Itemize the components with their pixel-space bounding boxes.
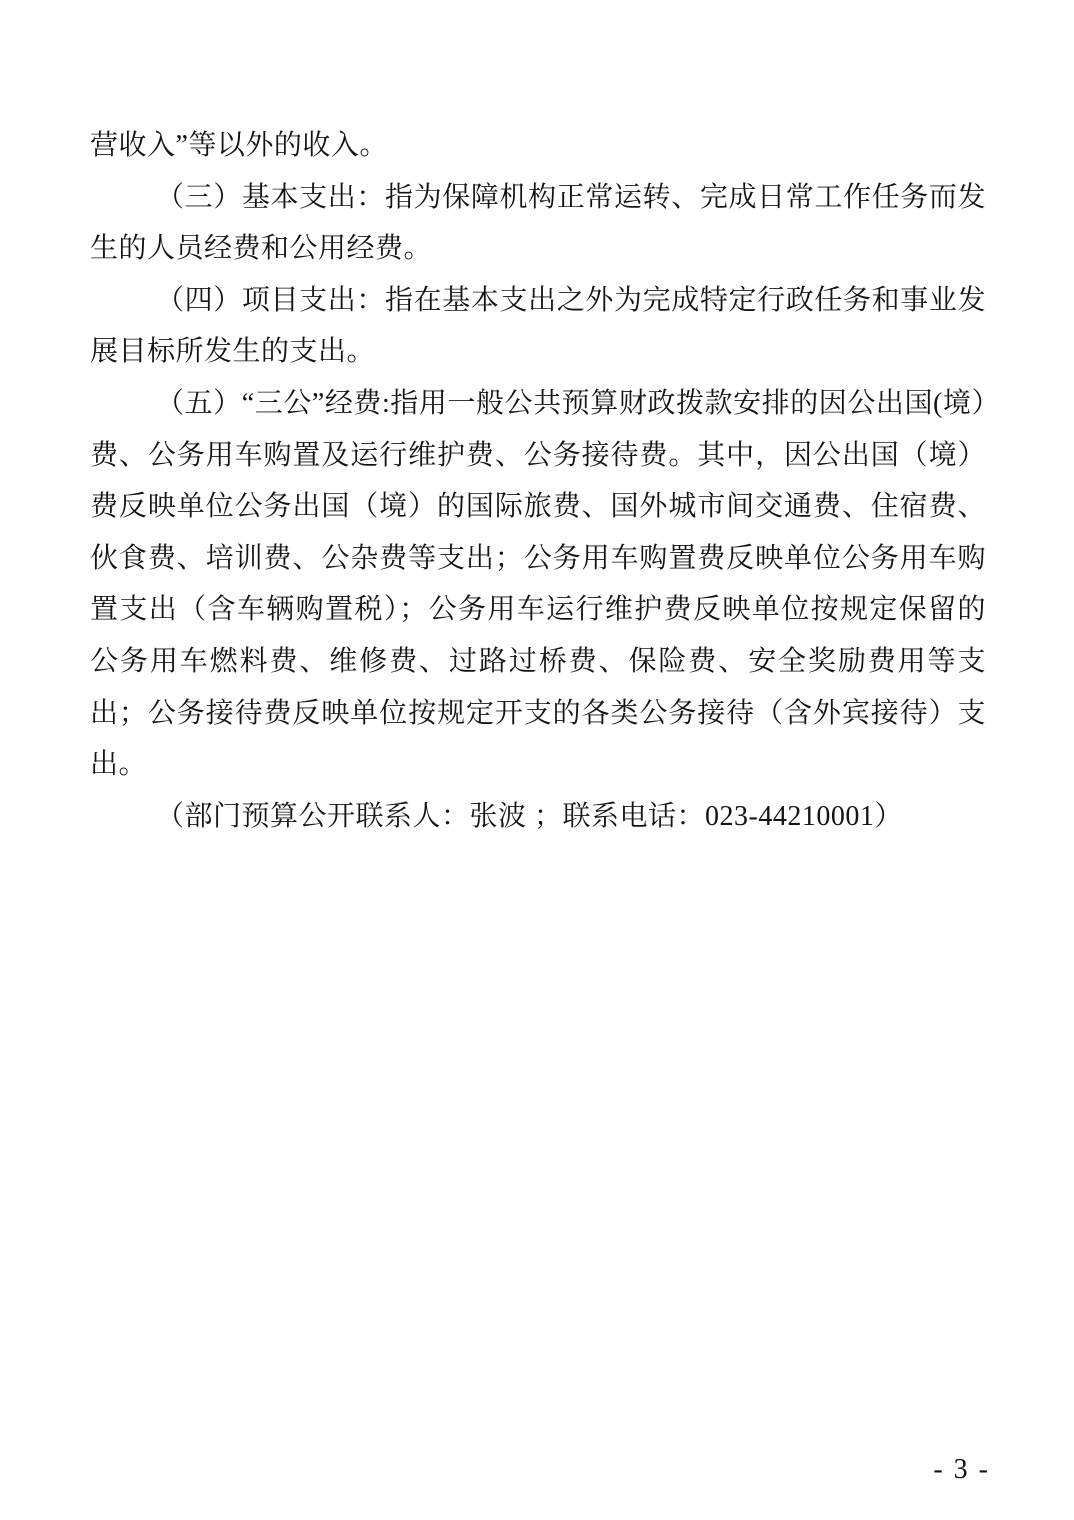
paragraph-continuation: 营收入”等以外的收入。 <box>90 120 986 172</box>
paragraph-project-expenditure: （四）项目支出：指在基本支出之外为完成特定行政任务和事业发展目标所发生的支出。 <box>90 275 986 378</box>
paragraph-basic-expenditure: （三）基本支出：指为保障机构正常运转、完成日常工作任务而发生的人员经费和公用经费… <box>90 172 986 275</box>
paragraph-three-public-funds: （五）“三公”经费:指用一般公共预算财政拨款安排的因公出国(境）费、公务用车购置… <box>90 378 986 791</box>
paragraph-contact-info: （部门预算公开联系人：张波 ；联系电话：023-44210001） <box>90 791 986 843</box>
document-body: 营收入”等以外的收入。 （三）基本支出：指为保障机构正常运转、完成日常工作任务而… <box>90 120 986 842</box>
page-number: - 3 - <box>933 1454 990 1485</box>
page-footer: - 3 - <box>933 1454 990 1486</box>
document-page: { "document": { "paragraphs": [ "营收入”等以外… <box>0 0 1074 1520</box>
page-background: 营收入”等以外的收入。 （三）基本支出：指为保障机构正常运转、完成日常工作任务而… <box>0 0 1074 1520</box>
